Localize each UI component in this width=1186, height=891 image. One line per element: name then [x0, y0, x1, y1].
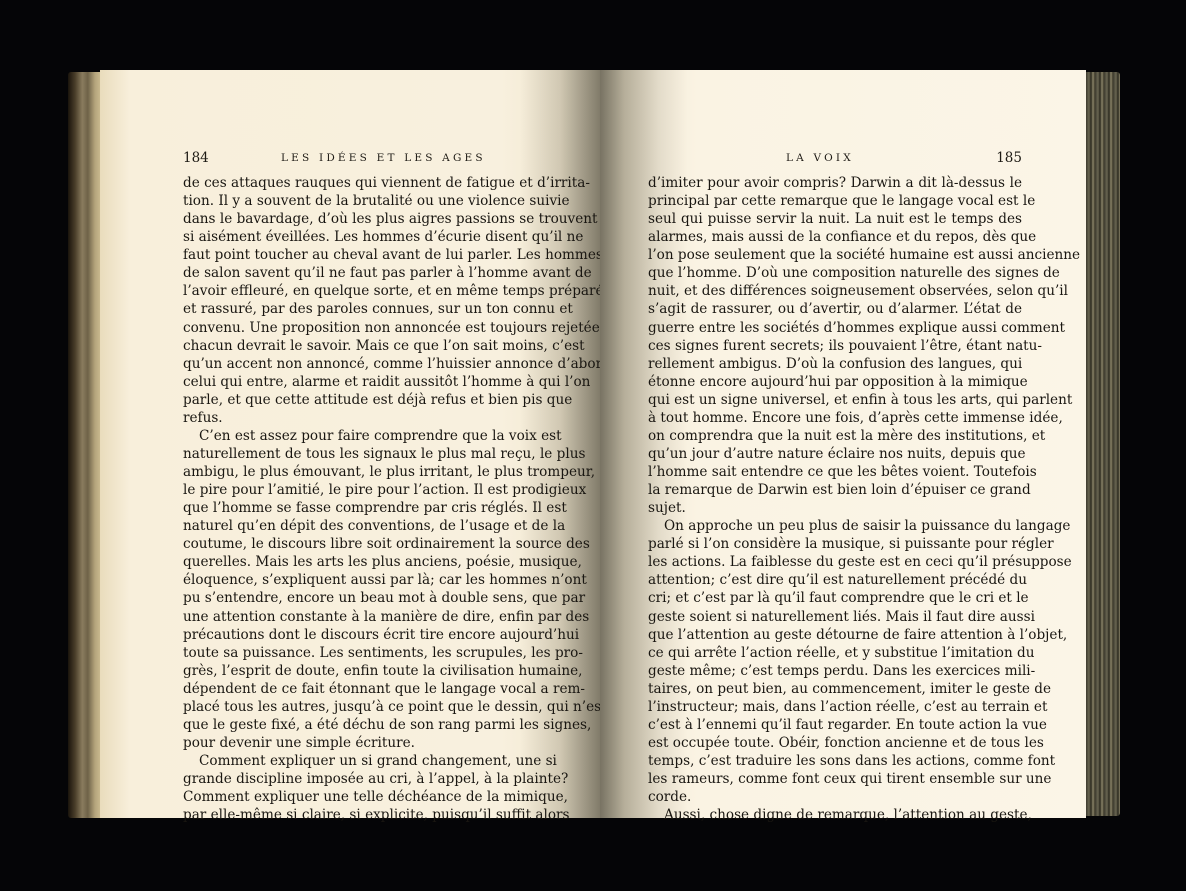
text-line: à tout homme. Encore une fois, d’après c…: [648, 409, 1022, 427]
text-line: ce qui arrête l’action réelle, et y subs…: [648, 644, 1022, 662]
text-line: querelles. Mais les arts les plus ancien…: [183, 553, 555, 571]
text-line: les rameurs, comme font ceux qui tirent …: [648, 770, 1022, 788]
text-line: s’agit de rassurer, ou d’avertir, ou d’a…: [648, 300, 1022, 318]
text-line: pour devenir une simple écriture.: [183, 734, 555, 752]
text-line: sujet.: [648, 499, 1022, 517]
text-line: placé tous les autres, jusqu’à ce point …: [183, 698, 555, 716]
text-line: l’on pose seulement que la société humai…: [648, 246, 1022, 264]
text-line: les actions. La faiblesse du geste est e…: [648, 553, 1022, 571]
text-line: est occupée toute. Obéir, fonction ancie…: [648, 734, 1022, 752]
text-line: C’en est assez pour faire comprendre que…: [183, 427, 555, 445]
text-line: rellement ambigus. D’où la confusion des…: [648, 355, 1022, 373]
text-line: cri; et c’est par là qu’il faut comprend…: [648, 589, 1022, 607]
text-line: parlé si l’on considère la musique, si p…: [648, 535, 1022, 553]
text-line: que l’homme. D’où une composition nature…: [648, 264, 1022, 282]
text-line: par elle-même si claire, si explicite, p…: [183, 806, 555, 824]
text-line: celui qui entre, alarme et raidit aussit…: [183, 373, 555, 391]
text-line: que l’attention au geste détourne de fai…: [648, 626, 1022, 644]
text-line: étonne encore aujourd’hui par opposition…: [648, 373, 1022, 391]
text-line: Aussi, chose digne de remarque, l’attent…: [648, 806, 1022, 824]
text-line: guerre entre les sociétés d’hommes expli…: [648, 319, 1022, 337]
right-page-edges: [1086, 72, 1120, 816]
text-line: refus.: [183, 409, 555, 427]
text-line: et rassuré, par des paroles connues, sur…: [183, 300, 555, 318]
text-line: principal par cette remarque que le lang…: [648, 192, 1022, 210]
text-line: de salon savent qu’il ne faut pas parler…: [183, 264, 555, 282]
text-line: grande discipline imposée au cri, à l’ap…: [183, 770, 555, 788]
text-line: naturel qu’en dépit des conventions, de …: [183, 517, 555, 535]
text-line: précautions dont le discours écrit tire …: [183, 626, 555, 644]
text-line: qui est un signe universel, et enfin à t…: [648, 391, 1022, 409]
text-line: seul qui puisse servir la nuit. La nuit …: [648, 210, 1022, 228]
open-book: 184 LES IDÉES ET LES AGES de ces attaque…: [60, 64, 1130, 824]
text-line: convenu. Une proposition non annoncée es…: [183, 319, 555, 337]
text-line: on comprendra que la nuit est la mère de…: [648, 427, 1022, 445]
page-number: 185: [996, 150, 1022, 166]
left-body-text: de ces attaques rauques qui viennent de …: [183, 174, 555, 824]
text-line: pu s’entendre, encore un beau mot à doub…: [183, 589, 555, 607]
page-number: 184: [183, 150, 209, 166]
text-line: geste soient si naturellement liés. Mais…: [648, 608, 1022, 626]
text-line: l’homme sait entendre ce que les bêtes v…: [648, 463, 1022, 481]
text-line: si aisément éveillées. Les hommes d’écur…: [183, 228, 555, 246]
text-line: coutume, le discours libre soit ordinair…: [183, 535, 555, 553]
text-line: attention; c’est dire qu’il est naturell…: [648, 571, 1022, 589]
text-line: naturellement de tous les signaux le plu…: [183, 445, 555, 463]
text-line: alarmes, mais aussi de la confiance et d…: [648, 228, 1022, 246]
left-page: 184 LES IDÉES ET LES AGES de ces attaque…: [100, 70, 600, 818]
text-line: dans le bavardage, d’où les plus aigres …: [183, 210, 555, 228]
text-line: la remarque de Darwin est bien loin d’ép…: [648, 481, 1022, 499]
text-line: qu’un accent non annoncé, comme l’huissi…: [183, 355, 555, 373]
text-line: geste même; c’est temps perdu. Dans les …: [648, 662, 1022, 680]
text-line: grès, l’esprit de doute, enfin toute la …: [183, 662, 555, 680]
text-line: taires, on peut bien, au commencement, i…: [648, 680, 1022, 698]
text-line: toute sa puissance. Les sentiments, les …: [183, 644, 555, 662]
text-line: éloquence, s’expliquent aussi par là; ca…: [183, 571, 555, 589]
text-line: Comment expliquer un si grand changement…: [183, 752, 555, 770]
text-line: que le geste fixé, a été déchu de son ra…: [183, 716, 555, 734]
running-title: LA VOIX: [786, 152, 854, 164]
text-line: faut point toucher au cheval avant de lu…: [183, 246, 555, 264]
text-line: corde.: [648, 788, 1022, 806]
text-line: l’avoir effleuré, en quelque sorte, et e…: [183, 282, 555, 300]
right-page: LA VOIX 185 d’imiter pour avoir compris?…: [600, 70, 1086, 818]
text-line: que l’homme se fasse comprendre par cris…: [183, 499, 555, 517]
text-line: temps, c’est traduire les sons dans les …: [648, 752, 1022, 770]
text-line: parle, et que cette attitude est déjà re…: [183, 391, 555, 409]
right-body-text: d’imiter pour avoir compris? Darwin a di…: [648, 174, 1022, 824]
text-line: le pire pour l’amitié, le pire pour l’ac…: [183, 481, 555, 499]
text-line: c’est à l’ennemi qu’il faut regarder. En…: [648, 716, 1022, 734]
text-line: de ces attaques rauques qui viennent de …: [183, 174, 555, 192]
text-line: nuit, et des différences soigneusement o…: [648, 282, 1022, 300]
text-line: dépendent de ce fait étonnant que le lan…: [183, 680, 555, 698]
text-line: qu’un jour d’autre nature éclaire nos nu…: [648, 445, 1022, 463]
text-line: On approche un peu plus de saisir la pui…: [648, 517, 1022, 535]
running-title: LES IDÉES ET LES AGES: [281, 152, 486, 164]
text-line: une attention constante à la manière de …: [183, 608, 555, 626]
text-line: l’instructeur; mais, dans l’action réell…: [648, 698, 1022, 716]
text-line: ces signes furent secrets; ils pouvaient…: [648, 337, 1022, 355]
left-page-edges: [68, 72, 104, 818]
text-line: tion. Il y a souvent de la brutalité ou …: [183, 192, 555, 210]
text-line: ambigu, le plus émouvant, le plus irrita…: [183, 463, 555, 481]
text-line: d’imiter pour avoir compris? Darwin a di…: [648, 174, 1022, 192]
text-line: Comment expliquer une telle déchéance de…: [183, 788, 555, 806]
text-line: chacun devrait le savoir. Mais ce que l’…: [183, 337, 555, 355]
